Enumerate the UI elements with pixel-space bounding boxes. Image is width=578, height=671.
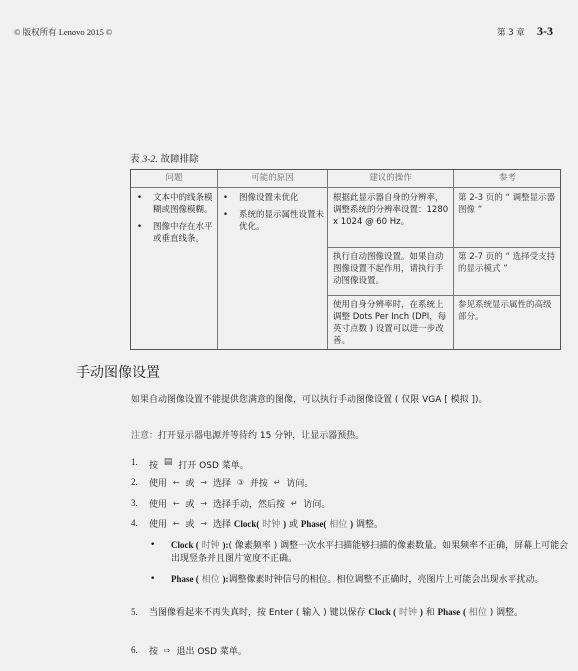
step-text: 访问。 <box>303 500 330 510</box>
problem-text: 图像中存在水平或垂直线条。 <box>153 222 213 244</box>
right-arrow-icon: → <box>200 517 207 530</box>
column-header-cause: 可能的原因 <box>218 170 327 187</box>
table-caption: 表 3-2. 故障排除 <box>130 151 199 165</box>
step-text: ) 调整。 <box>490 608 523 618</box>
problems-cell: • 文本中的线条模糊或图像模糊。 • 图像中存在水平或垂直线条。 <box>133 192 213 250</box>
paren: ) <box>420 607 423 617</box>
step-text: 或 <box>185 479 194 489</box>
phase-term-cn: 相位 <box>202 575 220 585</box>
step-text: 当图像看起来不再失真时，按 Enter ( 输入 ) 键以保存 <box>149 608 366 618</box>
step-text: 或 <box>185 500 194 510</box>
row-divider <box>327 247 560 248</box>
step-text: 调整。 <box>356 520 383 530</box>
right-arrow-icon: → <box>200 476 207 489</box>
step-number: 1. <box>131 456 147 469</box>
troubleshooting-table: 问题 可能的原因 建议的操作 参考 • 文本中的线条模糊或图像模糊。 • 图像中… <box>130 169 561 350</box>
step-text: 退出 OSD 菜单。 <box>176 647 246 657</box>
paren: ) <box>283 519 286 529</box>
cause-text: 图像设置未优化 <box>239 193 299 203</box>
exit-icon: ⇨ <box>164 644 171 657</box>
menu-icon: ▤ <box>164 456 173 469</box>
phase-description-text: 调整像素时钟信号的相位。相位调整不正确时，亮图片上可能会出现水平扰动。 <box>229 575 544 585</box>
step-text: 按 <box>149 647 158 657</box>
step-text: 选择 <box>213 520 231 530</box>
left-arrow-icon: ← <box>173 476 180 489</box>
cause-text: 系统的显示属性设置未优化。 <box>239 210 324 232</box>
phase-term-cn: 相位 <box>469 608 487 618</box>
bullet: • <box>223 209 228 221</box>
phase-term: Phase ( <box>171 574 199 584</box>
bullet: • <box>150 573 155 586</box>
problem-text: 文本中的线条模糊或图像模糊。 <box>153 193 213 215</box>
clock-term-cn: 时钟 <box>262 520 280 530</box>
enter-icon: ↵ <box>274 476 281 489</box>
step-number: 6. <box>131 644 147 657</box>
chapter-label: 第 3 章 <box>497 26 525 38</box>
left-arrow-icon: ← <box>173 497 180 510</box>
clock-description-text: ( 像素频率 ) 调整一次水平扫描能够扫描的像素数量。如果频率不正确，屏幕上可能… <box>171 541 568 564</box>
caption-title: 故障排除 <box>161 154 199 165</box>
bullet: • <box>223 192 228 204</box>
bullet: • <box>137 221 142 233</box>
column-divider <box>327 170 328 349</box>
reference-cell: 第 2-3 页的 “ 调整显示器图像 ” <box>458 192 558 216</box>
column-divider <box>217 170 218 349</box>
list-item: • 系统的显示属性设置未优化。 <box>219 209 325 233</box>
step-text: 使用 <box>149 520 167 530</box>
action-cell: 根据此显示器自身的分辨率，调整系统的分辨率设置：1280 x 1024 @ 60… <box>333 192 450 228</box>
step-text: 使用 <box>149 479 167 489</box>
column-header-action: 建议的操作 <box>328 170 453 187</box>
step-text: 并按 <box>250 479 268 489</box>
causes-cell: • 图像设置未优化 • 系统的显示属性设置未优化。 <box>219 192 325 238</box>
bullet: • <box>137 192 142 204</box>
clock-term: Clock ( <box>368 607 396 617</box>
step-number: 5. <box>131 606 147 619</box>
intro-paragraph: 如果自动图像设置不能提供您满意的图像，可以执行手动图像设置 ( 仅限 VGA [… <box>131 394 551 407</box>
caption-prefix: 表 <box>130 154 140 165</box>
list-item: • 图像中存在水平或垂直线条。 <box>133 221 213 245</box>
page-number: 3-3 <box>537 24 553 39</box>
bullet: • <box>150 539 155 552</box>
caption-number: 3-2. <box>143 155 158 165</box>
header-divider <box>131 187 560 188</box>
step-text: 或 <box>289 520 298 530</box>
step-number: 4. <box>131 517 147 530</box>
step-text: 按 <box>149 461 158 471</box>
section-title: 手动图像设置 <box>76 362 160 382</box>
phase-term: Phase( <box>301 519 327 529</box>
reference-cell: 参见系统显示属性的高级部分。 <box>458 299 558 323</box>
paren: ) <box>350 519 353 529</box>
image-setup-icon: ③ <box>237 476 244 489</box>
step-text: 和 <box>426 608 435 618</box>
column-header-problem: 问题 <box>131 170 217 187</box>
step-text: 访问。 <box>286 479 313 489</box>
step-text: 使用 <box>149 500 167 510</box>
step-text: 选择手动，然后按 <box>213 500 285 510</box>
clock-term-cn: 时钟 <box>202 541 220 551</box>
clock-term: Clock( <box>234 519 260 529</box>
step-text: 打开 OSD 菜单。 <box>178 461 248 471</box>
step-number: 3. <box>131 497 147 510</box>
note-paragraph: 注意：打开显示器电源并等待约 15 分钟，让显示器预热。 <box>131 430 364 443</box>
reference-cell: 第 2-7 页的 “ 选择受支持的显示模式 ” <box>458 251 558 275</box>
clock-term-cn: 时钟 <box>399 608 417 618</box>
note-text: 打开显示器电源并等待约 15 分钟，让显示器预热。 <box>158 431 364 441</box>
paren: ( <box>463 607 466 617</box>
action-cell: 执行自动图像设置。如果自动图像设置不起作用，请执行手动图像设置。 <box>333 251 450 287</box>
clock-term: Clock ( <box>171 540 199 550</box>
column-divider <box>453 170 454 349</box>
note-label: 注意： <box>131 431 158 441</box>
copyright-text: © 版权所有 Lenovo 2015 © <box>14 26 112 38</box>
list-item: • 文本中的线条模糊或图像模糊。 <box>133 192 213 216</box>
step-text: 或 <box>185 520 194 530</box>
step-text: 选择 <box>213 479 231 489</box>
action-cell: 使用自身分辨率时，在系统上调整 Dots Per Inch (DPI，每英寸点数… <box>333 299 450 347</box>
phase-term: Phase <box>438 607 461 617</box>
left-arrow-icon: ← <box>173 517 180 530</box>
column-header-reference: 参考 <box>454 170 561 187</box>
phase-term-cn: 相位 <box>329 520 347 530</box>
right-arrow-icon: → <box>200 497 207 510</box>
row-divider <box>327 295 560 296</box>
list-item: • 图像设置未优化 <box>219 192 325 204</box>
enter-icon: ↵ <box>291 497 298 510</box>
step-number: 2. <box>131 476 147 489</box>
